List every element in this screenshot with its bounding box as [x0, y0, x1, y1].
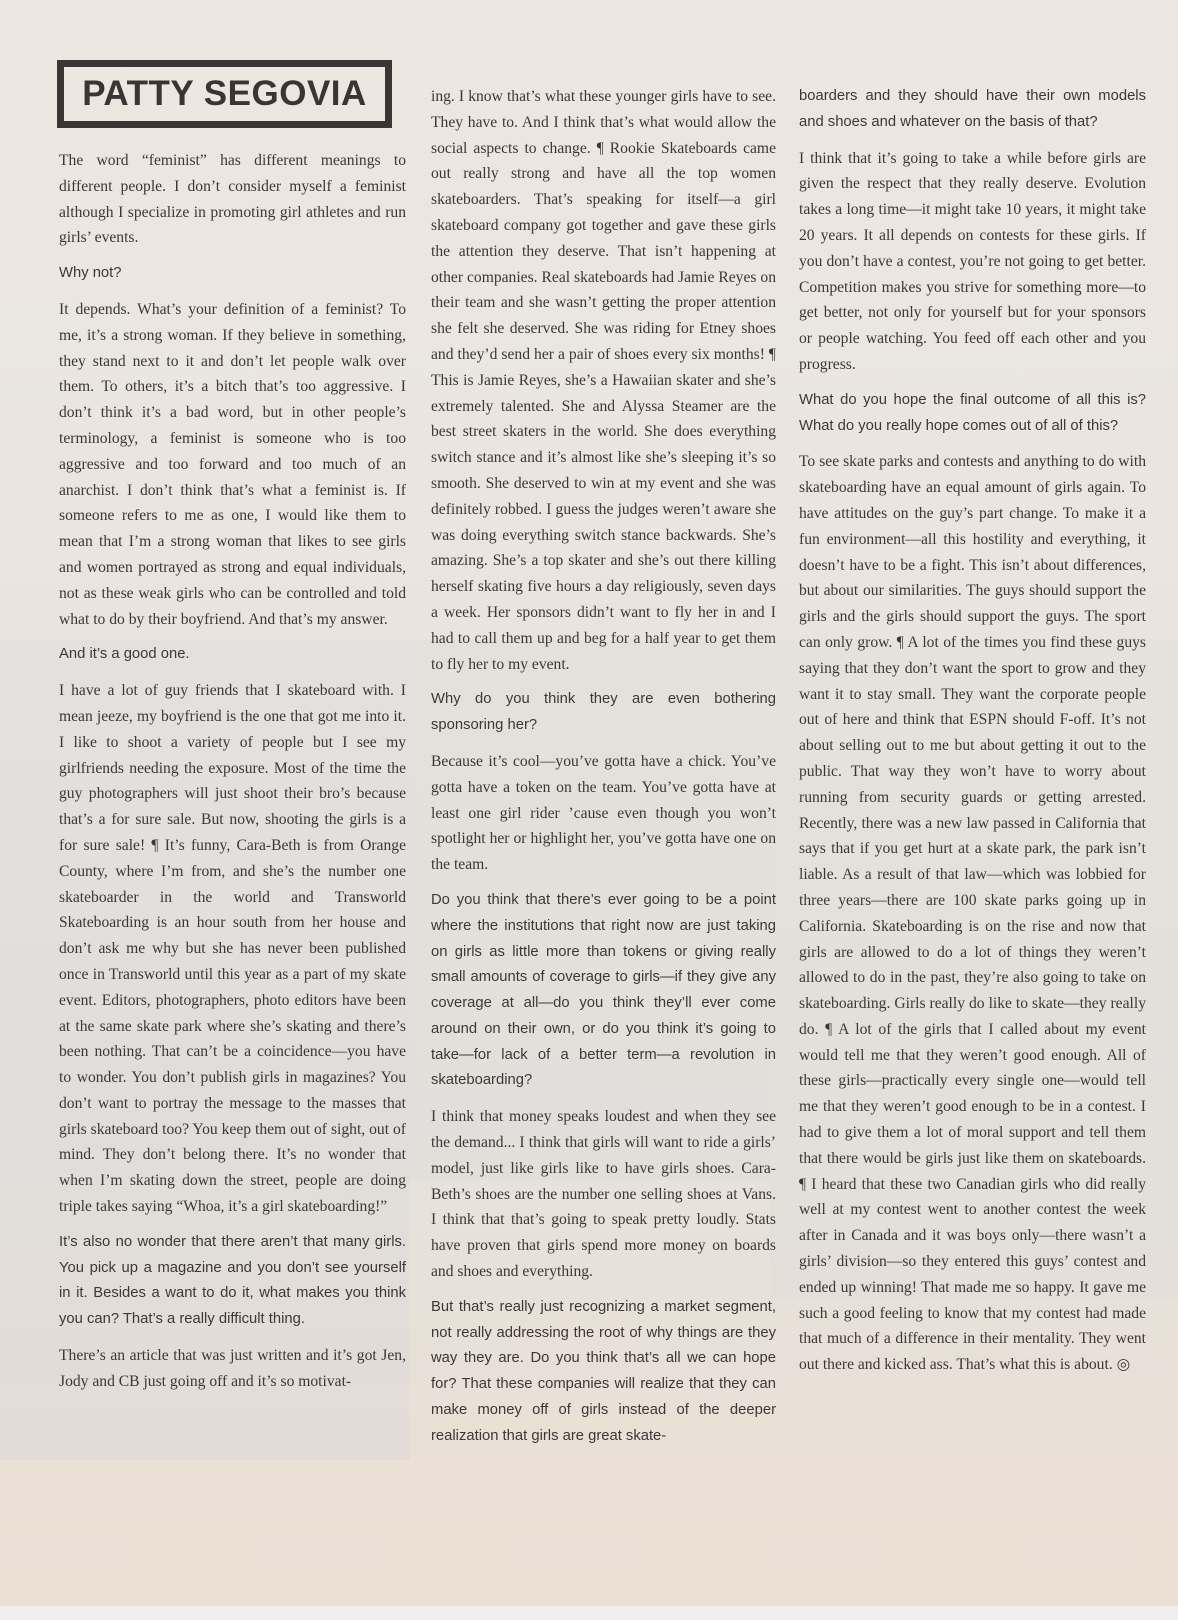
question-paragraph: Do you think that there’s ever going to … — [431, 888, 776, 1094]
answer-paragraph: There’s an article that was just written… — [59, 1343, 406, 1395]
question-paragraph: boarders and they should have their own … — [799, 84, 1146, 136]
answer-paragraph: To see skate parks and contests and anyt… — [799, 449, 1146, 1378]
question-paragraph: It’s also no wonder that there aren’t th… — [59, 1230, 406, 1333]
answer-paragraph: I have a lot of guy friends that I skate… — [59, 678, 406, 1220]
answer-paragraph: Because it’s cool—you’ve gotta have a ch… — [431, 749, 776, 878]
column-3: boarders and they should have their own … — [799, 84, 1146, 1388]
answer-paragraph: ing. I know that’s what these younger gi… — [431, 84, 776, 677]
question-paragraph: And it’s a good one. — [59, 642, 406, 668]
scan-edge — [0, 1606, 1178, 1620]
question-paragraph: Why do you think they are even bothering… — [431, 687, 776, 739]
answer-paragraph: I think that it’s going to take a while … — [799, 146, 1146, 378]
title-box: PATTY SEGOVIA — [57, 60, 392, 128]
column-1: The word “feminist” has different meanin… — [59, 148, 406, 1405]
page-title: PATTY SEGOVIA — [82, 74, 367, 114]
question-paragraph: But that’s really just recognizing a mar… — [431, 1295, 776, 1450]
column-2: ing. I know that’s what these younger gi… — [431, 84, 776, 1460]
answer-paragraph: The word “feminist” has different meanin… — [59, 148, 406, 251]
question-paragraph: What do you hope the final outcome of al… — [799, 388, 1146, 440]
answer-paragraph: I think that money speaks loudest and wh… — [431, 1104, 776, 1285]
answer-paragraph: It depends. What’s your definition of a … — [59, 297, 406, 632]
question-paragraph: Why not? — [59, 261, 406, 287]
magazine-page: PATTY SEGOVIA The word “feminist” has di… — [0, 0, 1178, 1606]
